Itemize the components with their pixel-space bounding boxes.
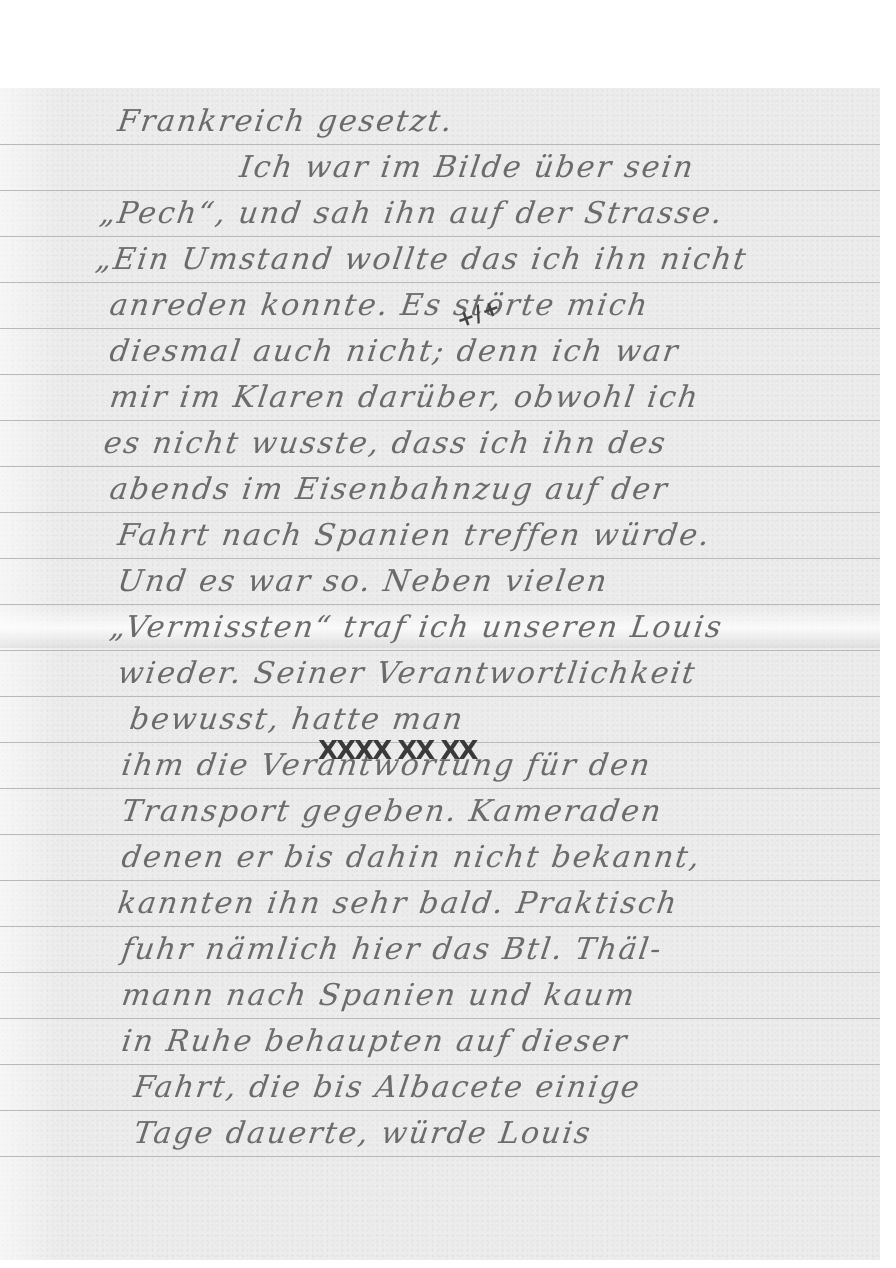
text-line: wieder. Seiner Verantwortlichkeit (116, 656, 699, 691)
text-line: Frankreich gesetzt. (116, 104, 456, 139)
ruled-line (0, 834, 880, 835)
text-line: „Vermissten“ traf ich unseren Louis (108, 610, 726, 645)
ruled-line (0, 558, 880, 559)
text-line: Fahrt, die bis Albacete einige (132, 1070, 644, 1105)
text-line: diesmal auch nicht; denn ich war (108, 334, 682, 369)
ruled-line (0, 282, 880, 283)
paper-sheet: Frankreich gesetzt. Ich war im Bilde übe… (0, 88, 880, 1260)
ruled-line (0, 604, 880, 605)
text-line: denen er bis dahin nicht bekannt, (120, 840, 704, 875)
ruled-line (0, 328, 880, 329)
ruled-line (0, 1156, 880, 1157)
text-line: Transport gegeben. Kameraden (120, 794, 665, 829)
text-line: Tage dauerte, würde Louis (132, 1116, 594, 1151)
ruled-line (0, 1018, 880, 1019)
text-line: abends im Eisenbahnzug auf der (108, 472, 672, 507)
ruled-line (0, 926, 880, 927)
ruled-line (0, 420, 880, 421)
ruled-line (0, 880, 880, 881)
text-line: in Ruhe behaupten auf dieser (120, 1024, 631, 1059)
text-line: „Ein Umstand wollte das ich ihn nicht (94, 242, 750, 277)
text-line: bewusst, hatte man (128, 702, 467, 737)
ruled-line (0, 788, 880, 789)
ruled-line (0, 972, 880, 973)
ruled-line (0, 190, 880, 191)
ruled-line (0, 1064, 880, 1065)
ruled-line (0, 374, 880, 375)
text-line: anreden konnte. Es störte mich (108, 288, 652, 323)
text-line: Und es war so. Neben vielen (116, 564, 611, 599)
ruled-line (0, 650, 880, 651)
ruled-line (0, 466, 880, 467)
ruled-line (0, 236, 880, 237)
text-line: Ich war im Bilde über sein (238, 150, 697, 185)
text-line: es nicht wusste, dass ich ihn des (102, 426, 670, 461)
struck-out-text: XXXX XX XX (318, 736, 476, 766)
ruled-line (0, 696, 880, 697)
text-line: Fahrt nach Spanien treffen würde. (116, 518, 714, 553)
text-line: mann nach Spanien und kaum (120, 978, 639, 1013)
text-line: mir im Klaren darüber, obwohl ich (108, 380, 702, 415)
ruled-line (0, 512, 880, 513)
text-line: kannten ihn sehr bald. Praktisch (116, 886, 681, 921)
text-line: „Pech“, und sah ihn auf der Strasse. (98, 196, 726, 231)
ruled-line (0, 1110, 880, 1111)
text-line: fuhr nämlich hier das Btl. Thäl- (120, 932, 665, 967)
ruled-line (0, 144, 880, 145)
